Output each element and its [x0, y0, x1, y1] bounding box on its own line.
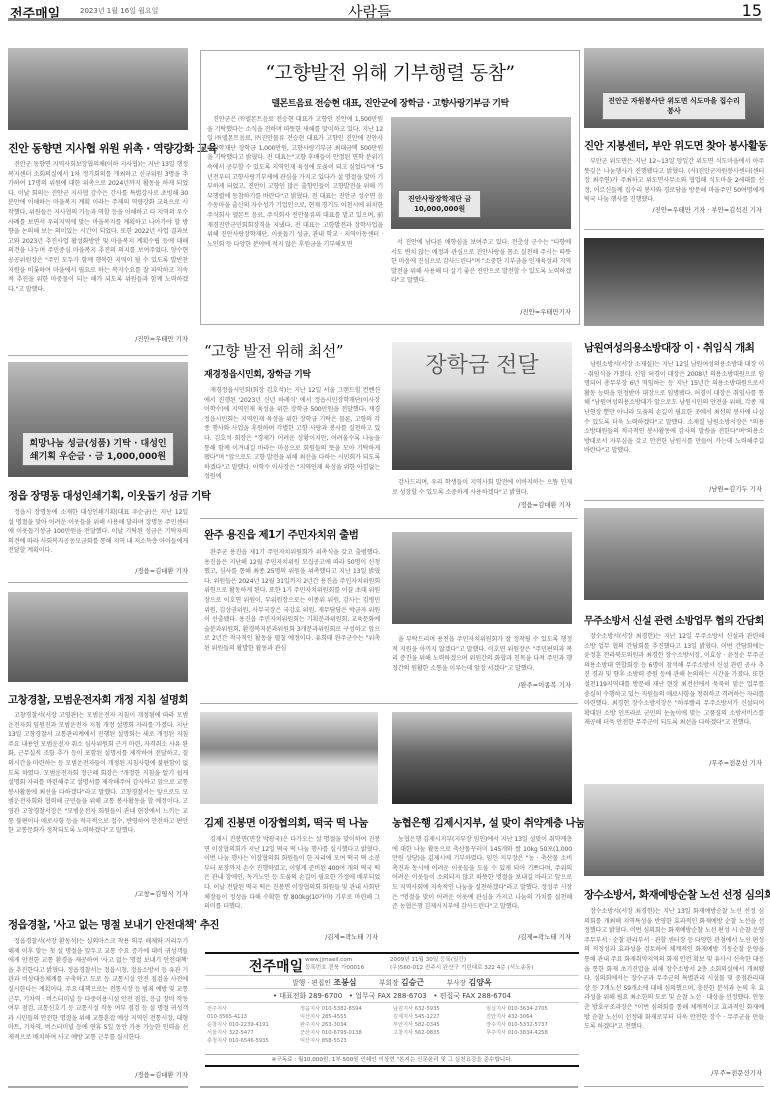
article-headline: 무주소방서 신설 관련 소방업무 협의 간담회 [584, 612, 764, 627]
article-byline: /김제=곽노태 기자 [518, 932, 571, 941]
branch-entry: 완주지사 263-3034 [300, 1021, 393, 1029]
article-byline: /정읍=김대환 기자 [518, 500, 571, 509]
publisher-label: 발행 · 편집인 [292, 979, 331, 987]
issue-date: 2023년 1월 16일 월요일 [80, 6, 158, 16]
imprint-founded: 2009년 11월 30일 등록(일간) [390, 956, 533, 964]
article-byline: /진안=우태만 기자 · 부안=김석진 기자 [653, 205, 762, 214]
article-body: 진안군은 ㈜델몬트음료 전승현 대표가 고향인 진안에 1,500만원을 기탁했… [207, 115, 383, 320]
article-subhead: 재경정읍시민회, 장학금 기탁 [204, 367, 311, 380]
article-headline: 진안 동향면 지사협 위원 위촉 · 역량강화 교육 [8, 140, 217, 156]
divider [200, 1086, 578, 1088]
article-body: 남원소방서(서장 소재실)는 지난 12일 남원여성의용소방대 대장 이 · 취… [584, 360, 764, 485]
article-body: 서 진안에 남다른 애향심을 보여주고 있다. 전춘성 군수는 "타향에서도 변… [391, 238, 571, 306]
article-photo [200, 712, 378, 804]
divider [200, 518, 578, 519]
article-body: 장수소방서(서장 최경헌)는 지난 13일 화재예방순찰 노선 선정 심의회를 … [584, 907, 764, 1067]
photo-caption-banner: 진안군 자원봉사단 위도면 식도마을 집수리 봉사 [602, 92, 746, 120]
photo-banner-text: 장학금 전달 [392, 348, 572, 379]
article-photo: 진안군 자원봉사단 위도면 식도마을 집수리 봉사 [584, 48, 764, 128]
article-photo [392, 712, 572, 804]
imprint-url[interactable]: www.jjmaeil.com [305, 956, 364, 964]
article-headline: 완주 용진읍 제1기 주민자치위 출범 [204, 527, 358, 542]
article-byline: /진안=우태만 기자 [135, 334, 188, 343]
publisher-name: 조봉심 [333, 978, 356, 987]
article-headline: 농협은행 김제시지부, 설 맞이 취약계층 나눔 [392, 815, 585, 830]
branch-entry: 장수지사 010-5332-5737 [486, 1021, 579, 1029]
article-photo [8, 48, 188, 130]
article-photo [392, 532, 572, 624]
photo-caption-board: 진안사랑장학재단 금10,000,000원 [398, 190, 481, 218]
branch-entry: 서울지사 322-5477 [207, 1029, 300, 1037]
phone-editorial-fax: • 편집국 FAX 288-6704 [433, 992, 511, 1000]
vp-name: 김승근 [401, 978, 424, 987]
branch-entry: 군산지사 010-6795-0138 [300, 1029, 393, 1037]
article-photo [584, 508, 764, 600]
branch-directory: 전주지사 정읍지사 010-5382-8594 남원지사 632-5935 임실… [207, 1005, 579, 1045]
branch-entry: 정읍지사 010-5382-8594 [300, 1005, 393, 1013]
article-body: 농협은행 김제시지부(지부장 임인)에서 지난 13일 설맞이 취약계층에 대한… [392, 835, 572, 940]
article-byline: /고창=김영식 기자 [135, 889, 188, 898]
divider [8, 355, 188, 356]
article-headline: 장수소방서, 화재예방순찰 노선 선정 심의회 [584, 887, 770, 902]
divider [8, 582, 188, 583]
phone-business-fax: • 업무국 FAX 288-6703 [349, 992, 427, 1000]
branch-entry: 진안지사 432-3064 [486, 1013, 579, 1021]
article-byline: /남원=김기두 기자 [709, 484, 762, 493]
article-headline: “고향 발전 위해 최선” [204, 340, 343, 361]
branch-entry: 순창지사 010-2239-4191 [207, 1021, 300, 1029]
article-body: 고창경찰서(서장 고영관)는 모범운전자 지침이 개정됨에 따라 모범운전자회 … [8, 711, 188, 889]
article-headline: 고창경찰, 모범운전자회 개정 지침 설명회 [8, 692, 188, 707]
imprint-pub: 2009년 11월 30일 등록(일간) (우)560-012 전주시 완산구 … [390, 956, 533, 972]
mgr-name: 김양옥 [469, 978, 492, 987]
phone-main: • 대표전화 289-6700 [273, 992, 342, 1000]
feature-subhead: 델몬트음료 전승현 대표, 진안군에 장학금 · 고향사랑기부금 기탁 [200, 96, 580, 109]
imprint-logo: 전주매일 [249, 956, 303, 976]
article-body: 을 부탁드리며 용진읍 주민자치위원회가 잘 정착될 수 있도록 행정적 지원을… [392, 635, 572, 675]
article-body: 완주군 용진읍 제1기 주민자치위원회가 위촉식을 갖고 출범했다. 용진읍은 … [204, 548, 380, 676]
branch-entry: 충청지사 010-6546-5935 [207, 1037, 300, 1045]
article-photo [584, 238, 764, 326]
article-headline: 진안 지봉센터, 부안 위도면 찾아 봉사활동 [584, 138, 767, 153]
divider [8, 1086, 188, 1088]
mgr-label: 부사장 [447, 979, 466, 987]
publication-imprint: 전주매일 www.jjmaeil.com 등록번호 전북 가00016 2009… [205, 952, 579, 1065]
article-body: 장수소방서(서장 최경헌)는 지난 12일 무주소방서 신설과 관련해 소방 업… [584, 632, 764, 758]
article-body: 재경정읍시민회(회장 김호석)는 지난 12일 서울 그랜드힐 컨벤션에서 진행… [204, 386, 380, 511]
branch-entry: 부안지사 582-0345 [393, 1021, 486, 1029]
branch-entry: 익산지사 285-4555 [300, 1013, 393, 1021]
article-headline: 정읍 장명동 대성인쇄기획, 이웃돕기 성금 기탁 [8, 488, 210, 503]
article-photo [8, 592, 188, 682]
branch-entry: 김제지사 545-1227 [393, 1013, 486, 1021]
article-byline: /정읍=김대환 기자 [135, 1070, 188, 1079]
branch-entry: 010-3565-4113 [207, 1013, 300, 1021]
imprint-staff: 발행 · 편집인 조봉심 부회장 김승근 부사장 김양옥 [205, 975, 579, 989]
article-headline: 김제 진봉면 이장협의회, 떡국 떡 나눔 [204, 815, 368, 830]
article-headline: 남원여성의용소방대장 이 · 취임식 개최 [584, 340, 754, 355]
divider [584, 229, 764, 230]
divider [200, 703, 578, 704]
feature-headline: “고향발전 위해 기부행렬 동참” [200, 58, 580, 85]
branch-entry: 임실지사 010-3634-2705 [486, 1005, 579, 1013]
branch-entry: 전주지사 [207, 1005, 300, 1013]
masthead-rule [8, 18, 762, 21]
article-body: 진안군 동향면 지역사회보장협의체(이하 지사협)는 지난 13일 행정복지센터… [8, 160, 188, 332]
article-photo: 장학금 전달 [392, 342, 572, 470]
article-photo: 희망나눔 성금(성품) 기탁 · 대성인쇄기획 우순금 · 금 1,000,00… [8, 362, 188, 477]
article-headline: 정읍경찰, '사고 없는 명절 보내기 안전대책' 추진 [8, 917, 219, 932]
imprint-phones: • 대표전화 289-6700 • 업무국 FAX 288-6703 • 편집국… [205, 991, 579, 1003]
divider [584, 500, 764, 501]
article-body: 정읍시 장명동에 소재한 대성인쇄기획(대표 우순금)은 지난 12일 설 명절… [8, 508, 188, 566]
article-byline: /무주=전문선 기자 [709, 758, 762, 767]
article-byline: /무주=전문선기자 [711, 1068, 762, 1077]
imprint-info: www.jjmaeil.com 등록번호 전북 가00016 [305, 956, 364, 972]
article-byline: /진안=우태만기자 [520, 307, 571, 316]
divider [584, 1086, 764, 1087]
article-body: 정읍경찰서(서장 환동석)는 실외마스크 착용 의무 해제와 거리두기 해제 이… [8, 937, 188, 1072]
imprint-address: (우)560-012 전주시 완산구 기린대로 322 4층 (서노송동) [390, 964, 533, 972]
article-body: 부안군 위도면은 지난 12~13일 양일간 위도면 식도마을에서 아주 뜻깊은… [584, 157, 764, 205]
vp-label: 부회장 [379, 979, 398, 987]
imprint-reg: 등록번호 전북 가00016 [305, 964, 364, 972]
article-byline: /정읍=김대환 기자 [135, 566, 188, 575]
branch-entry: 남원지사 632-5935 [393, 1005, 486, 1013]
article-byline: /완주=이종복 기자 [518, 680, 571, 689]
article-byline: /김제=곽노태 기자 [325, 932, 378, 941]
branch-entry: 고창지사 562-0835 [393, 1029, 486, 1037]
article-photo [584, 784, 764, 876]
article-photo: 진안사랑장학재단 금10,000,000원 [391, 117, 571, 229]
imprint-footer: ※구독료 : 월10,000원, 1부 500원 인쇄인 이상현 "본지는 신문… [205, 1054, 579, 1067]
imprint-rule [205, 952, 579, 954]
photo-caption-board: 희망나눔 성금(성품) 기탁 · 대성인쇄기획 우순금 · 금 1,000,00… [22, 432, 173, 466]
branch-entry: 익산지사 858-5523 [300, 1037, 393, 1045]
article-body: 김제시 진봉면(면장 박광국)은 다가오는 설 명절을 맞이하여 진봉면 이장협… [204, 835, 380, 940]
branch-entry: 무주지사 010-3834-4258 [486, 1029, 579, 1037]
